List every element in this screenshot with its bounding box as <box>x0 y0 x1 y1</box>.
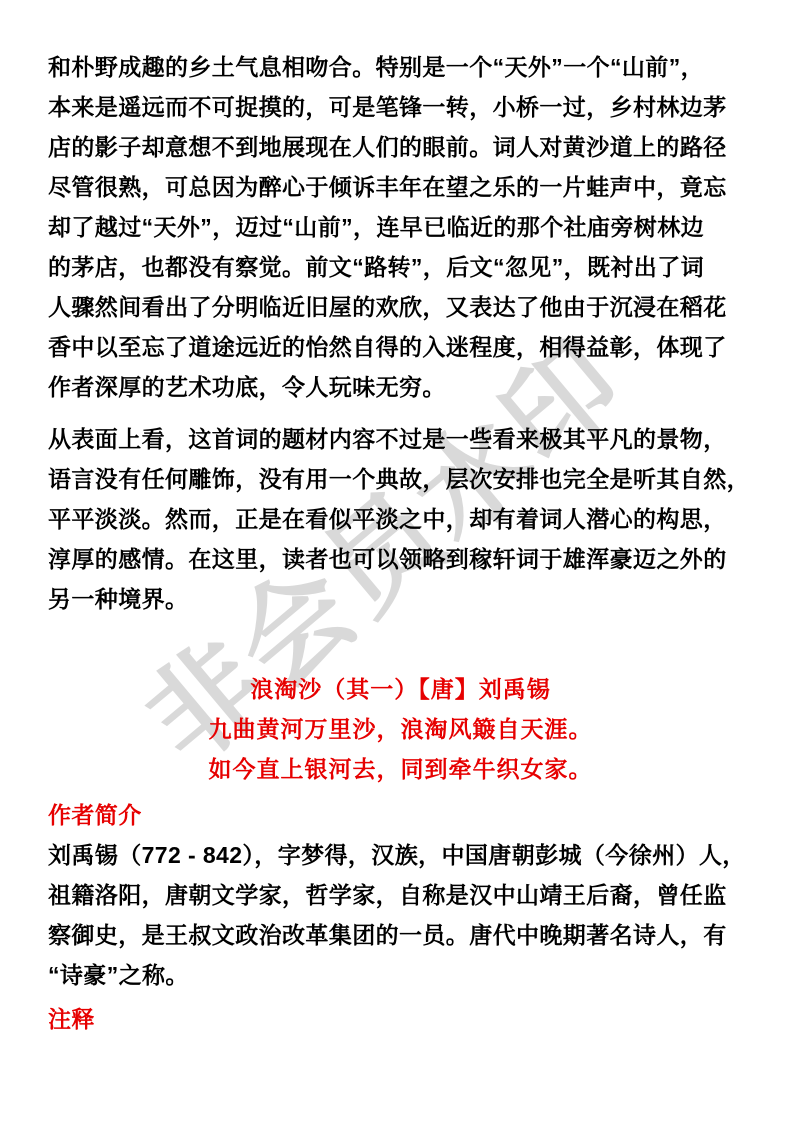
notes-heading: 注释 <box>48 999 753 1039</box>
poem-block: 浪淘沙（其一）【唐】刘禹锡 九曲黄河万里沙，浪淘风簸自天涯。 如今直上银河去，同… <box>48 669 753 789</box>
poem-line: 九曲黄河万里沙，浪淘风簸自天涯。 <box>48 709 753 749</box>
author-intro-paragraph: 刘禹锡（772 - 842），字梦得，汉族，中国唐朝彭城（今徐州）人， 祖籍洛阳… <box>48 835 753 995</box>
text-line: 察御史，是王叔文政治改革集团的一员。唐代中晚期著名诗人，有 <box>48 915 753 955</box>
document-content: 和朴野成趣的乡土气息相吻合。特别是一个“天外”一个“山前”， 本来是遥远而不可捉… <box>0 0 793 1039</box>
text-line: “诗豪”之称。 <box>48 955 753 995</box>
paragraph-analysis-2: 从表面上看，这首词的题材内容不过是一些看来极其平凡的景物， 语言没有任何雕饰，没… <box>48 419 753 619</box>
text-line: 店的影子却意想不到地展现在人们的眼前。词人对黄沙道上的路径 <box>48 127 753 167</box>
text-line: 祖籍洛阳，唐朝文学家，哲学家，自称是汉中山靖王后裔，曾任监 <box>48 875 753 915</box>
text-line: 刘禹锡（772 - 842），字梦得，汉族，中国唐朝彭城（今徐州）人， <box>48 835 753 875</box>
text-line: 从表面上看，这首词的题材内容不过是一些看来极其平凡的景物， <box>48 419 753 459</box>
text-line: 尽管很熟，可总因为醉心于倾诉丰年在望之乐的一片蛙声中，竟忘 <box>48 167 753 207</box>
poem-title: 浪淘沙（其一）【唐】刘禹锡 <box>48 669 753 709</box>
text-line: 作者深厚的艺术功底，令人玩味无穷。 <box>48 367 753 407</box>
document-page: 非会员水印 和朴野成趣的乡土气息相吻合。特别是一个“天外”一个“山前”， 本来是… <box>0 0 793 1122</box>
text-line: 和朴野成趣的乡土气息相吻合。特别是一个“天外”一个“山前”， <box>48 47 753 87</box>
text-line: 却了越过“天外”，迈过“山前”，连早已临近的那个社庙旁树林边 <box>48 207 753 247</box>
text-line: 语言没有任何雕饰，没有用一个典故，层次安排也完全是听其自然， <box>48 459 753 499</box>
text-line: 人骤然间看出了分明临近旧屋的欢欣，又表达了他由于沉浸在稻花 <box>48 287 753 327</box>
text-line: 本来是遥远而不可捉摸的，可是笔锋一转，小桥一过，乡村林边茅 <box>48 87 753 127</box>
author-intro-heading: 作者简介 <box>48 795 753 835</box>
text-line: 平平淡淡。然而，正是在看似平淡之中，却有着词人潜心的构思， <box>48 499 753 539</box>
text-line: 另一种境界。 <box>48 579 753 619</box>
poem-line: 如今直上银河去，同到牵牛织女家。 <box>48 749 753 789</box>
paragraph-analysis-1: 和朴野成趣的乡土气息相吻合。特别是一个“天外”一个“山前”， 本来是遥远而不可捉… <box>48 47 753 407</box>
text-line: 淳厚的感情。在这里，读者也可以领略到稼轩词于雄浑豪迈之外的 <box>48 539 753 579</box>
text-line: 的茅店，也都没有察觉。前文“路转”，后文“忽见”，既衬出了词 <box>48 247 753 287</box>
text-line: 香中以至忘了道途远近的怡然自得的入迷程度，相得益彰，体现了 <box>48 327 753 367</box>
